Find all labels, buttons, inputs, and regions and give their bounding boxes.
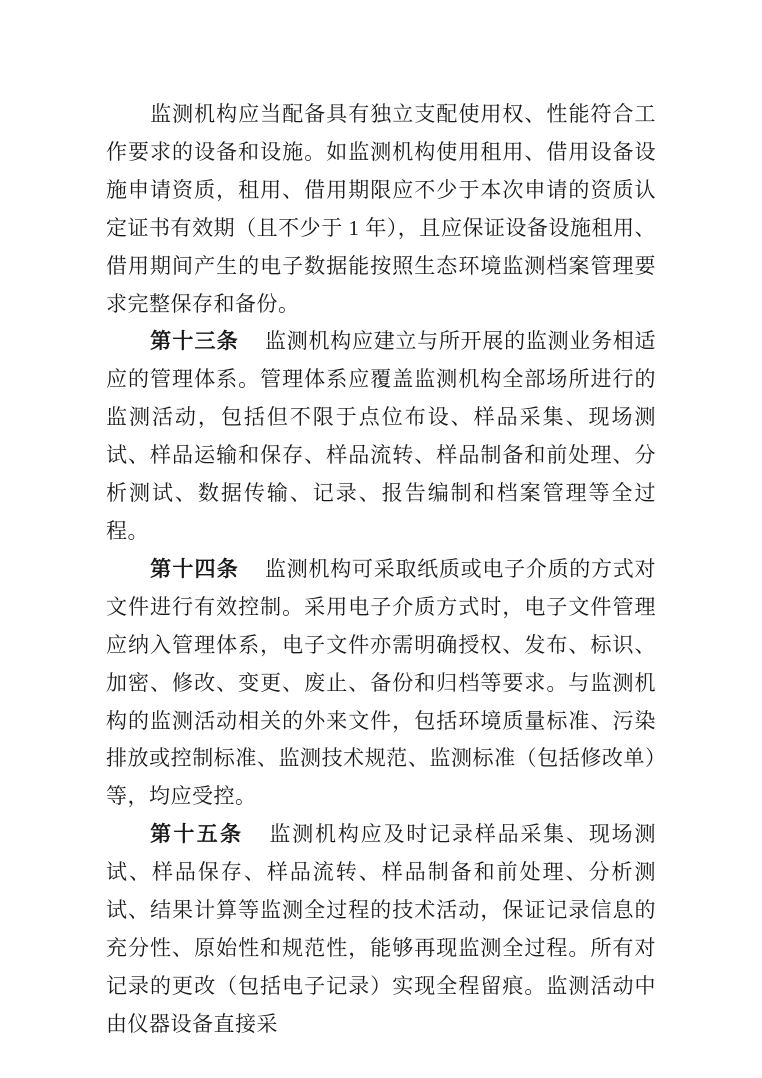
paragraph-article-15: 第十五条监测机构应及时记录样品采集、现场测试、样品保存、样品流转、样品制备和前处… xyxy=(106,816,656,1043)
paragraph-article-13: 第十三条监测机构应建立与所开展的监测业务相适应的管理体系。管理体系应覆盖监测机构… xyxy=(106,323,656,550)
article-13-heading: 第十三条 xyxy=(150,329,239,353)
paragraph-text: 监测机构应及时记录样品采集、现场测试、样品保存、样品流转、样品制备和前处理、分析… xyxy=(106,822,656,1036)
paragraph-continuation: 监测机构应当配备具有独立支配使用权、性能符合工作要求的设备和设施。如监测机构使用… xyxy=(106,96,656,323)
paragraph-text: 监测机构可采取纸质或电子介质的方式对文件进行有效控制。采用电子介质方式时，电子文… xyxy=(106,557,656,808)
document-text-block: 监测机构应当配备具有独立支配使用权、性能符合工作要求的设备和设施。如监测机构使用… xyxy=(106,96,656,1044)
document-page: 监测机构应当配备具有独立支配使用权、性能符合工作要求的设备和设施。如监测机构使用… xyxy=(0,0,762,1078)
paragraph-text: 监测机构应当配备具有独立支配使用权、性能符合工作要求的设备和设施。如监测机构使用… xyxy=(106,102,656,316)
article-15-heading: 第十五条 xyxy=(150,822,243,846)
paragraph-article-14: 第十四条监测机构可采取纸质或电子介质的方式对文件进行有效控制。采用电子介质方式时… xyxy=(106,551,656,816)
article-14-heading: 第十四条 xyxy=(150,557,239,581)
paragraph-text: 监测机构应建立与所开展的监测业务相适应的管理体系。管理体系应覆盖监测机构全部场所… xyxy=(106,329,656,543)
